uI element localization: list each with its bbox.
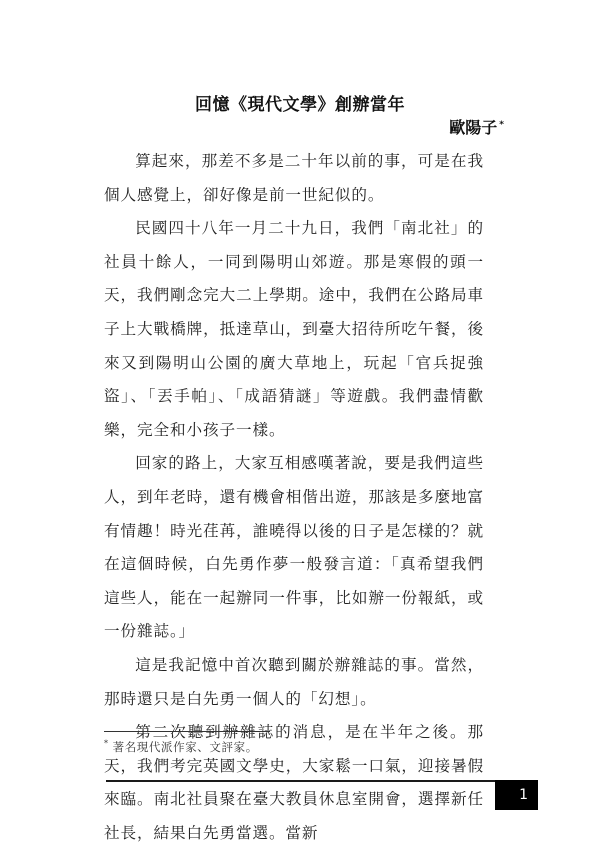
footnote: *著名現代派作家、文評家。 <box>104 739 258 755</box>
paragraph-2: 民國四十八年一月二十九日，我們「南北社」的社員十餘人，一同到陽明山郊遊。那是寒假… <box>104 212 484 447</box>
author-byline: 歐陽子* <box>449 115 504 138</box>
paragraph-1: 算起來，那差不多是二十年以前的事，可是在我個人感覺上，卻好像是前一世紀似的。 <box>104 145 484 212</box>
document-page: 回憶《現代文學》創辦當年 歐陽子* 算起來，那差不多是二十年以前的事，可是在我個… <box>0 0 600 847</box>
footnote-text: 著名現代派作家、文評家。 <box>113 740 258 754</box>
author-name: 歐陽子 <box>449 118 497 137</box>
article-title: 回憶《現代文學》創辦當年 <box>0 90 600 115</box>
author-footnote-marker[interactable]: * <box>499 120 504 130</box>
footnote-divider <box>104 731 270 732</box>
page-number-badge: 1 <box>495 780 538 810</box>
footer-divider <box>106 780 496 782</box>
paragraph-4: 這是我記憶中首次聽到關於辦雜誌的事。當然，那時還只是白先勇一個人的「幻想」。 <box>104 649 484 716</box>
page-number: 1 <box>519 780 528 810</box>
footnote-marker: * <box>104 739 109 748</box>
paragraph-3: 回家的路上，大家互相感嘆著說，要是我們這些人，到年老時，還有機會相偕出遊，那該是… <box>104 447 484 649</box>
